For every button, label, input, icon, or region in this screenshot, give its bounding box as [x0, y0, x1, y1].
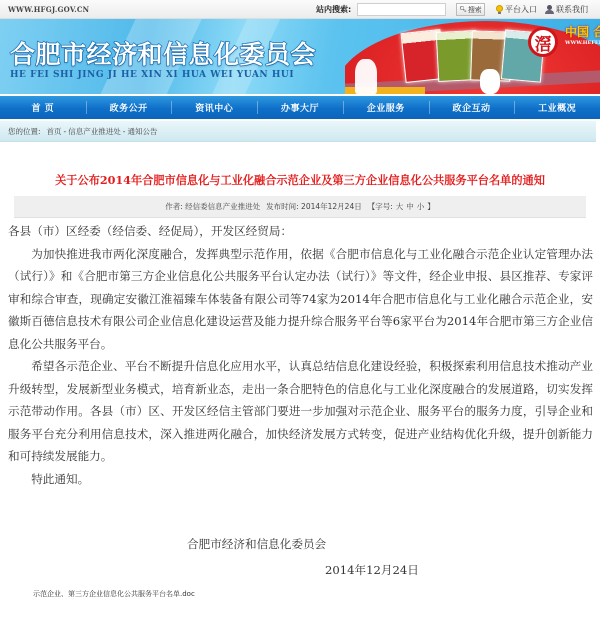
salutation: 各县（市）区经委（经信委、经促局），开发区经贸局：: [8, 220, 593, 243]
nav-government-affairs[interactable]: 政务公开: [86, 96, 172, 119]
article-body: 各县（市）区经委（经信委、经促局），开发区经贸局： 为加快推进我市两化深度融合，…: [8, 220, 593, 490]
top-bar: WWW.HFGJ.GOV.CN 站内搜索: 🔍︎ 搜索 平台入口 联系我们: [0, 0, 600, 19]
banner-artwork: 滘 中国 合肥 WWW.HEFEI.GOV.CN: [345, 19, 600, 94]
person-icon: [545, 5, 554, 14]
search-button[interactable]: 🔍︎ 搜索: [456, 3, 485, 16]
platform-entry-label: 平台入口: [505, 4, 537, 15]
site-title-pinyin: HE FEI SHI JING JI HE XIN XI HUA WEI YUA…: [10, 70, 294, 80]
article-date: 发布时间: 2014年12月24日: [266, 201, 362, 212]
contact-us-link[interactable]: 联系我们: [545, 4, 588, 15]
font-size-label: 【字号:: [368, 201, 393, 212]
article-title: 关于公布2014年合肥市信息化与工业化融合示范企业及第三方企业信息化公共服务平台…: [0, 172, 600, 188]
body-paragraph: 希望各示范企业、平台不断提升信息化应用水平，认真总结信息化建设经验，积极探索利用…: [8, 355, 593, 468]
signature-organization: 合肥市经济和信息化委员会: [187, 536, 326, 552]
font-size-switcher: 【字号: 大 中 小 】: [368, 201, 435, 212]
nav-interaction[interactable]: 政企互动: [429, 96, 515, 119]
font-size-large[interactable]: 大: [396, 201, 404, 212]
hefei-logo-icon: 滘: [528, 27, 558, 57]
font-size-small[interactable]: 小: [417, 201, 425, 212]
site-search-input[interactable]: [357, 3, 446, 16]
magnifier-icon: 🔍︎: [459, 6, 467, 13]
main-nav: 首 页 政务公开 资讯中心 办事大厅 企业服务 政企互动 工业概况: [0, 96, 600, 119]
attachment-link[interactable]: 示范企业、第三方企业信息化公共服务平台名单.doc: [33, 589, 195, 599]
breadcrumb-separator: -: [64, 127, 67, 136]
breadcrumb-notices[interactable]: 通知公告: [127, 126, 157, 137]
site-title: 合肥市经济和信息化委员会: [10, 35, 316, 71]
search-button-label: 搜索: [468, 5, 482, 15]
article-author: 作者: 经信委信息产业推进处: [165, 201, 260, 212]
nav-industry-overview[interactable]: 工业概况: [514, 96, 600, 119]
hefei-gov-url: WWW.HEFEI.GOV.CN: [565, 40, 600, 46]
signature-date: 2014年12月24日: [325, 562, 419, 578]
font-size-medium[interactable]: 中: [406, 201, 414, 212]
breadcrumb-department[interactable]: 信息产业推进处: [68, 126, 121, 137]
dancer-silhouette: [480, 69, 500, 94]
nav-news-center[interactable]: 资讯中心: [171, 96, 257, 119]
closing-line: 特此通知。: [8, 468, 593, 491]
nav-home[interactable]: 首 页: [0, 96, 86, 119]
site-url: WWW.HFGJ.GOV.CN: [8, 5, 89, 14]
breadcrumb-separator: -: [123, 127, 126, 136]
lightbulb-icon: [496, 5, 503, 14]
breadcrumb-home[interactable]: 首页: [47, 126, 62, 137]
article-meta: 作者: 经信委信息产业推进处 发布时间: 2014年12月24日 【字号: 大 …: [14, 196, 586, 218]
breadcrumb: 您的位置: 首页 - 信息产业推进处 - 通知公告: [0, 121, 596, 142]
dancer-silhouette: [355, 59, 377, 94]
body-paragraph: 为加快推进我市两化深度融合，发挥典型示范作用，依据《合肥市信息化与工业化融合示范…: [8, 243, 593, 356]
search-label: 站内搜索:: [316, 4, 351, 15]
site-banner: 合肥市经济和信息化委员会 HE FEI SHI JING JI HE XIN X…: [0, 19, 600, 94]
contact-us-label: 联系我们: [556, 4, 588, 15]
china-hefei-label: 中国 合肥: [565, 23, 600, 40]
nav-enterprise-services[interactable]: 企业服务: [343, 96, 429, 119]
breadcrumb-prefix: 您的位置:: [8, 126, 41, 137]
nav-service-hall[interactable]: 办事大厅: [257, 96, 343, 119]
font-size-end: 】: [427, 201, 435, 212]
platform-entry-link[interactable]: 平台入口: [496, 4, 537, 15]
